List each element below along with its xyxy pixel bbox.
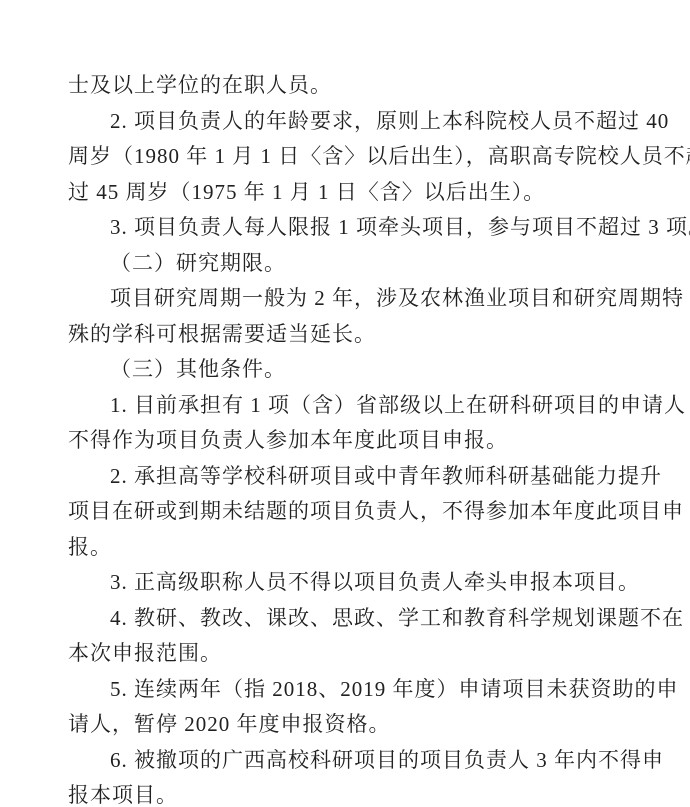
text-line: 士及以上学位的在职人员。 — [68, 68, 668, 104]
text-line: 3. 正高级职称人员不得以项目负责人牵头申报本项目。 — [68, 565, 668, 601]
text-line: 周岁（1980 年 1 月 1 日〈含〉以后出生），高职高专院校人员不超 — [68, 139, 668, 175]
document-text-body: 士及以上学位的在职人员。2. 项目负责人的年龄要求，原则上本科院校人员不超过 4… — [68, 68, 668, 807]
text-line: 项目在研或到期未结题的项目负责人，不得参加本年度此项目申 — [68, 494, 668, 530]
text-line: 2. 承担高等学校科研项目或中青年教师科研基础能力提升 — [68, 459, 668, 495]
text-line: 3. 项目负责人每人限报 1 项牵头项目，参与项目不超过 3 项。 — [68, 210, 668, 246]
text-line: 殊的学科可根据需要适当延长。 — [68, 317, 668, 353]
document-page: 士及以上学位的在职人员。2. 项目负责人的年龄要求，原则上本科院校人员不超过 4… — [0, 0, 690, 807]
text-line: 5. 连续两年（指 2018、2019 年度）申请项目未获资助的申 — [68, 672, 668, 708]
text-line: 报本项目。 — [68, 778, 668, 807]
text-line: 6. 被撤项的广西高校科研项目的项目负责人 3 年内不得申 — [68, 743, 668, 779]
text-line: 1. 目前承担有 1 项（含）省部级以上在研科研项目的申请人 — [68, 388, 668, 424]
text-line: 过 45 周岁（1975 年 1 月 1 日〈含〉以后出生）。 — [68, 175, 668, 211]
text-line: 报。 — [68, 530, 668, 566]
text-line: 本次申报范围。 — [68, 636, 668, 672]
text-line: （三）其他条件。 — [68, 352, 668, 388]
text-line: 不得作为项目负责人参加本年度此项目申报。 — [68, 423, 668, 459]
text-line: 请人，暂停 2020 年度申报资格。 — [68, 707, 668, 743]
text-line: 4. 教研、教改、课改、思政、学工和教育科学规划课题不在 — [68, 601, 668, 637]
text-line: 项目研究周期一般为 2 年，涉及农林渔业项目和研究周期特 — [68, 281, 668, 317]
text-line: （二）研究期限。 — [68, 246, 668, 282]
text-line: 2. 项目负责人的年龄要求，原则上本科院校人员不超过 40 — [68, 104, 668, 140]
